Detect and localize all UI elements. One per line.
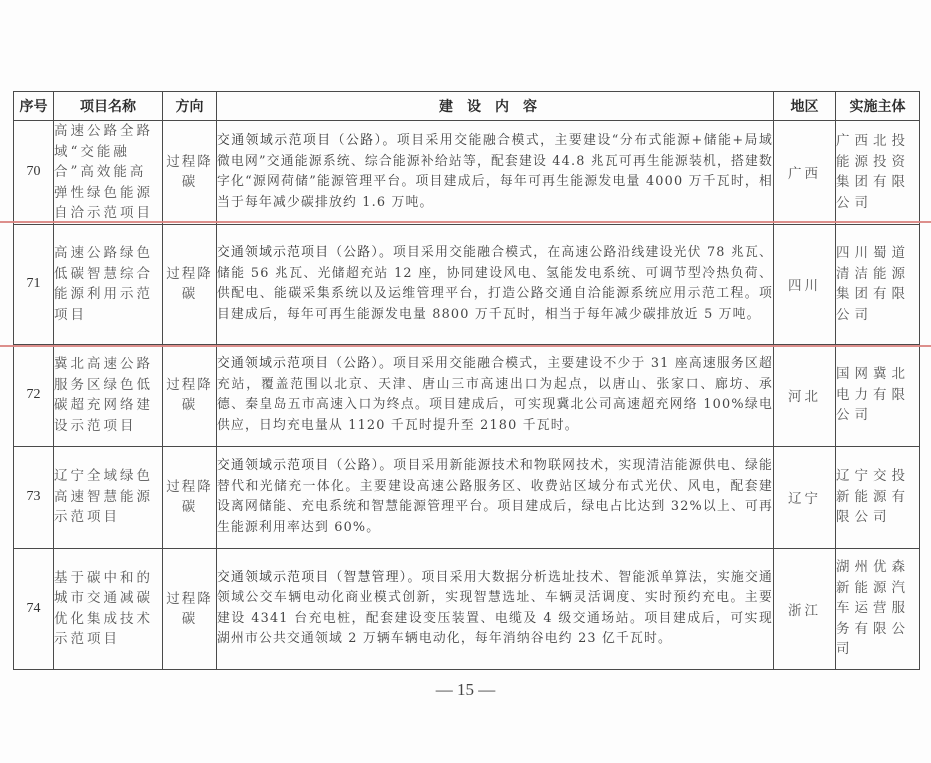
red-annotation-line <box>0 345 931 347</box>
projects-table: 序号 项目名称 方向 建设内容 地区 实施主体 70 高速公路全路域“交能融合”… <box>13 91 920 670</box>
row-org: 广西北投能源投资集团有限公司 <box>836 121 920 225</box>
row-org: 辽宁交投新能源有限公司 <box>836 446 920 548</box>
header-content: 建设内容 <box>217 92 774 121</box>
red-annotation-line <box>0 221 931 223</box>
row-name: 基于碳中和的城市交通减碳优化集成技术示范项目 <box>54 548 163 669</box>
row-name: 冀北高速公路服务区绿色低碳超充网络建设示范项目 <box>54 344 163 446</box>
row-region: 辽宁 <box>774 446 836 548</box>
table-row: 70 高速公路全路域“交能融合”高效能高弹性绿色能源自洽示范项目 过程降碳 交通… <box>14 121 920 225</box>
table-row: 72 冀北高速公路服务区绿色低碳超充网络建设示范项目 过程降碳 交通领域示范项目… <box>14 344 920 446</box>
row-org: 湖州优森新能源汽车运营服务有限公司 <box>836 548 920 669</box>
header-name: 项目名称 <box>54 92 163 121</box>
row-direction: 过程降碳 <box>163 446 217 548</box>
row-direction: 过程降碳 <box>163 224 217 344</box>
header-org: 实施主体 <box>836 92 920 121</box>
header-no: 序号 <box>14 92 54 121</box>
table-row: 74 基于碳中和的城市交通减碳优化集成技术示范项目 过程降碳 交通领域示范项目（… <box>14 548 920 669</box>
row-name: 高速公路绿色低碳智慧综合能源利用示范项目 <box>54 224 163 344</box>
table-header-row: 序号 项目名称 方向 建设内容 地区 实施主体 <box>14 92 920 121</box>
row-no: 71 <box>14 224 54 344</box>
row-content: 交通领域示范项目（公路）。项目采用交能融合模式，在高速公路沿线建设光伏 78 兆… <box>217 224 774 344</box>
header-direction: 方向 <box>163 92 217 121</box>
row-content: 交通领域示范项目（公路）。项目采用新能源技术和物联网技术，实现清洁能源供电、绿能… <box>217 446 774 548</box>
page-number: — 15 — <box>0 680 931 700</box>
row-no: 72 <box>14 344 54 446</box>
row-content: 交通领域示范项目（公路）。项目采用交能融合模式，主要建设不少于 31 座高速服务… <box>217 344 774 446</box>
content-lead: 交通领域示范项目（公路）。 <box>217 458 393 473</box>
content-lead: 交通领域示范项目（公路）。 <box>217 356 393 371</box>
row-org: 国网冀北电力有限公司 <box>836 344 920 446</box>
row-region: 河北 <box>774 344 836 446</box>
row-no: 73 <box>14 446 54 548</box>
table-row: 73 辽宁全域绿色高速智慧能源示范项目 过程降碳 交通领域示范项目（公路）。项目… <box>14 446 920 548</box>
row-content: 交通领域示范项目（智慧管理）。项目采用大数据分析选址技术、智能派单算法，实施交通… <box>217 548 774 669</box>
content-lead: 交通领域示范项目（公路）。 <box>217 133 397 148</box>
row-direction: 过程降碳 <box>163 344 217 446</box>
content-lead: 交通领域示范项目（公路）。 <box>217 245 393 260</box>
row-region: 四川 <box>774 224 836 344</box>
row-name: 辽宁全域绿色高速智慧能源示范项目 <box>54 446 163 548</box>
table-row: 71 高速公路绿色低碳智慧综合能源利用示范项目 过程降碳 交通领域示范项目（公路… <box>14 224 920 344</box>
row-no: 74 <box>14 548 54 669</box>
row-no: 70 <box>14 121 54 225</box>
content-lead: 交通领域示范项目（智慧管理）。 <box>217 570 422 585</box>
document-page: 序号 项目名称 方向 建设内容 地区 实施主体 70 高速公路全路域“交能融合”… <box>0 0 931 763</box>
row-name: 高速公路全路域“交能融合”高效能高弹性绿色能源自洽示范项目 <box>54 121 163 225</box>
row-org: 四川蜀道清洁能源集团有限公司 <box>836 224 920 344</box>
row-region: 广西 <box>774 121 836 225</box>
row-region: 浙江 <box>774 548 836 669</box>
row-content: 交通领域示范项目（公路）。项目采用交能融合模式，主要建设“分布式能源+储能+局域… <box>217 121 774 225</box>
row-direction: 过程降碳 <box>163 121 217 225</box>
header-region: 地区 <box>774 92 836 121</box>
row-direction: 过程降碳 <box>163 548 217 669</box>
